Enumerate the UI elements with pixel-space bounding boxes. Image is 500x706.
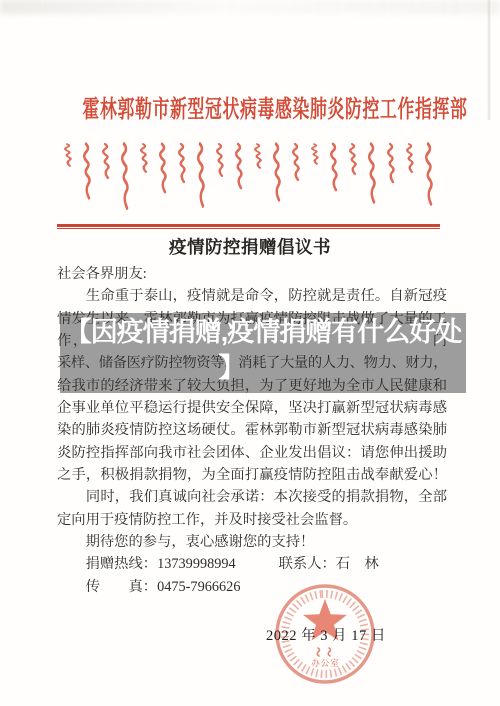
letterhead-divider	[57, 224, 440, 229]
letterhead-title: 霍林郭勒市新型冠状病毒感染肺炎防控工作指挥部	[0, 90, 500, 130]
body-line: 染的肺炎疫情防控这场硬仗。霍林郭勒市新型冠状病毒感染肺	[57, 419, 447, 441]
letterhead-title-text: 霍林郭勒市新型冠状病毒感染肺炎防控工作指挥部	[83, 90, 468, 130]
body-line: 社会各界朋友:	[57, 263, 447, 285]
body-line: 企事业单位平稳运行提供安全保障，坚决打赢新型冠状病毒感	[57, 397, 447, 419]
seal-inner-script	[317, 648, 330, 656]
divider-thin-line	[57, 228, 440, 229]
body-line: 定向用于疫情防控工作，并及时接受社会监督。	[57, 509, 447, 531]
mongolian-script	[60, 142, 440, 220]
body-line: 炎防控指挥部向我市社会团体、企业发出倡议：请您伸出援助	[57, 442, 447, 464]
caption-overlay-line2: 】	[219, 350, 246, 386]
body-line: 捐赠热线：13739998994 联系人：石 林	[57, 553, 447, 575]
document-date: 2022 年 3 月 17 日	[266, 624, 426, 645]
body-line: 同时，我们真诚向社会承诺：本次接受的捐款捐物，全部	[57, 486, 447, 508]
scan-smudge	[0, 0, 500, 14]
body-line: 期待您的参与，衷心感谢您的支持！	[57, 531, 447, 553]
caption-overlay-line1: 【因疫情捐赠,疫情捐赠有什么好处	[65, 314, 462, 350]
divider-thick-line	[57, 224, 440, 227]
seal-office-label: 办公室	[268, 657, 383, 669]
caption-overlay-banner: 【因疫情捐赠,疫情捐赠有什么好处 】	[60, 313, 466, 393]
body-line: 生命重于泰山，疫情就是命令，防控就是责任。自新冠疫	[57, 285, 447, 307]
body-line: 之手，积极捐款捐物，为全面打赢疫情防控阻击战奉献爱心！	[57, 464, 447, 486]
body-line: 传 真：0475-7966626	[57, 576, 447, 598]
document-page: 霍林郭勒市新型冠状病毒感染肺炎防控工作指挥部	[0, 0, 500, 706]
document-title: 疫情防控捐赠倡议书	[0, 234, 500, 259]
